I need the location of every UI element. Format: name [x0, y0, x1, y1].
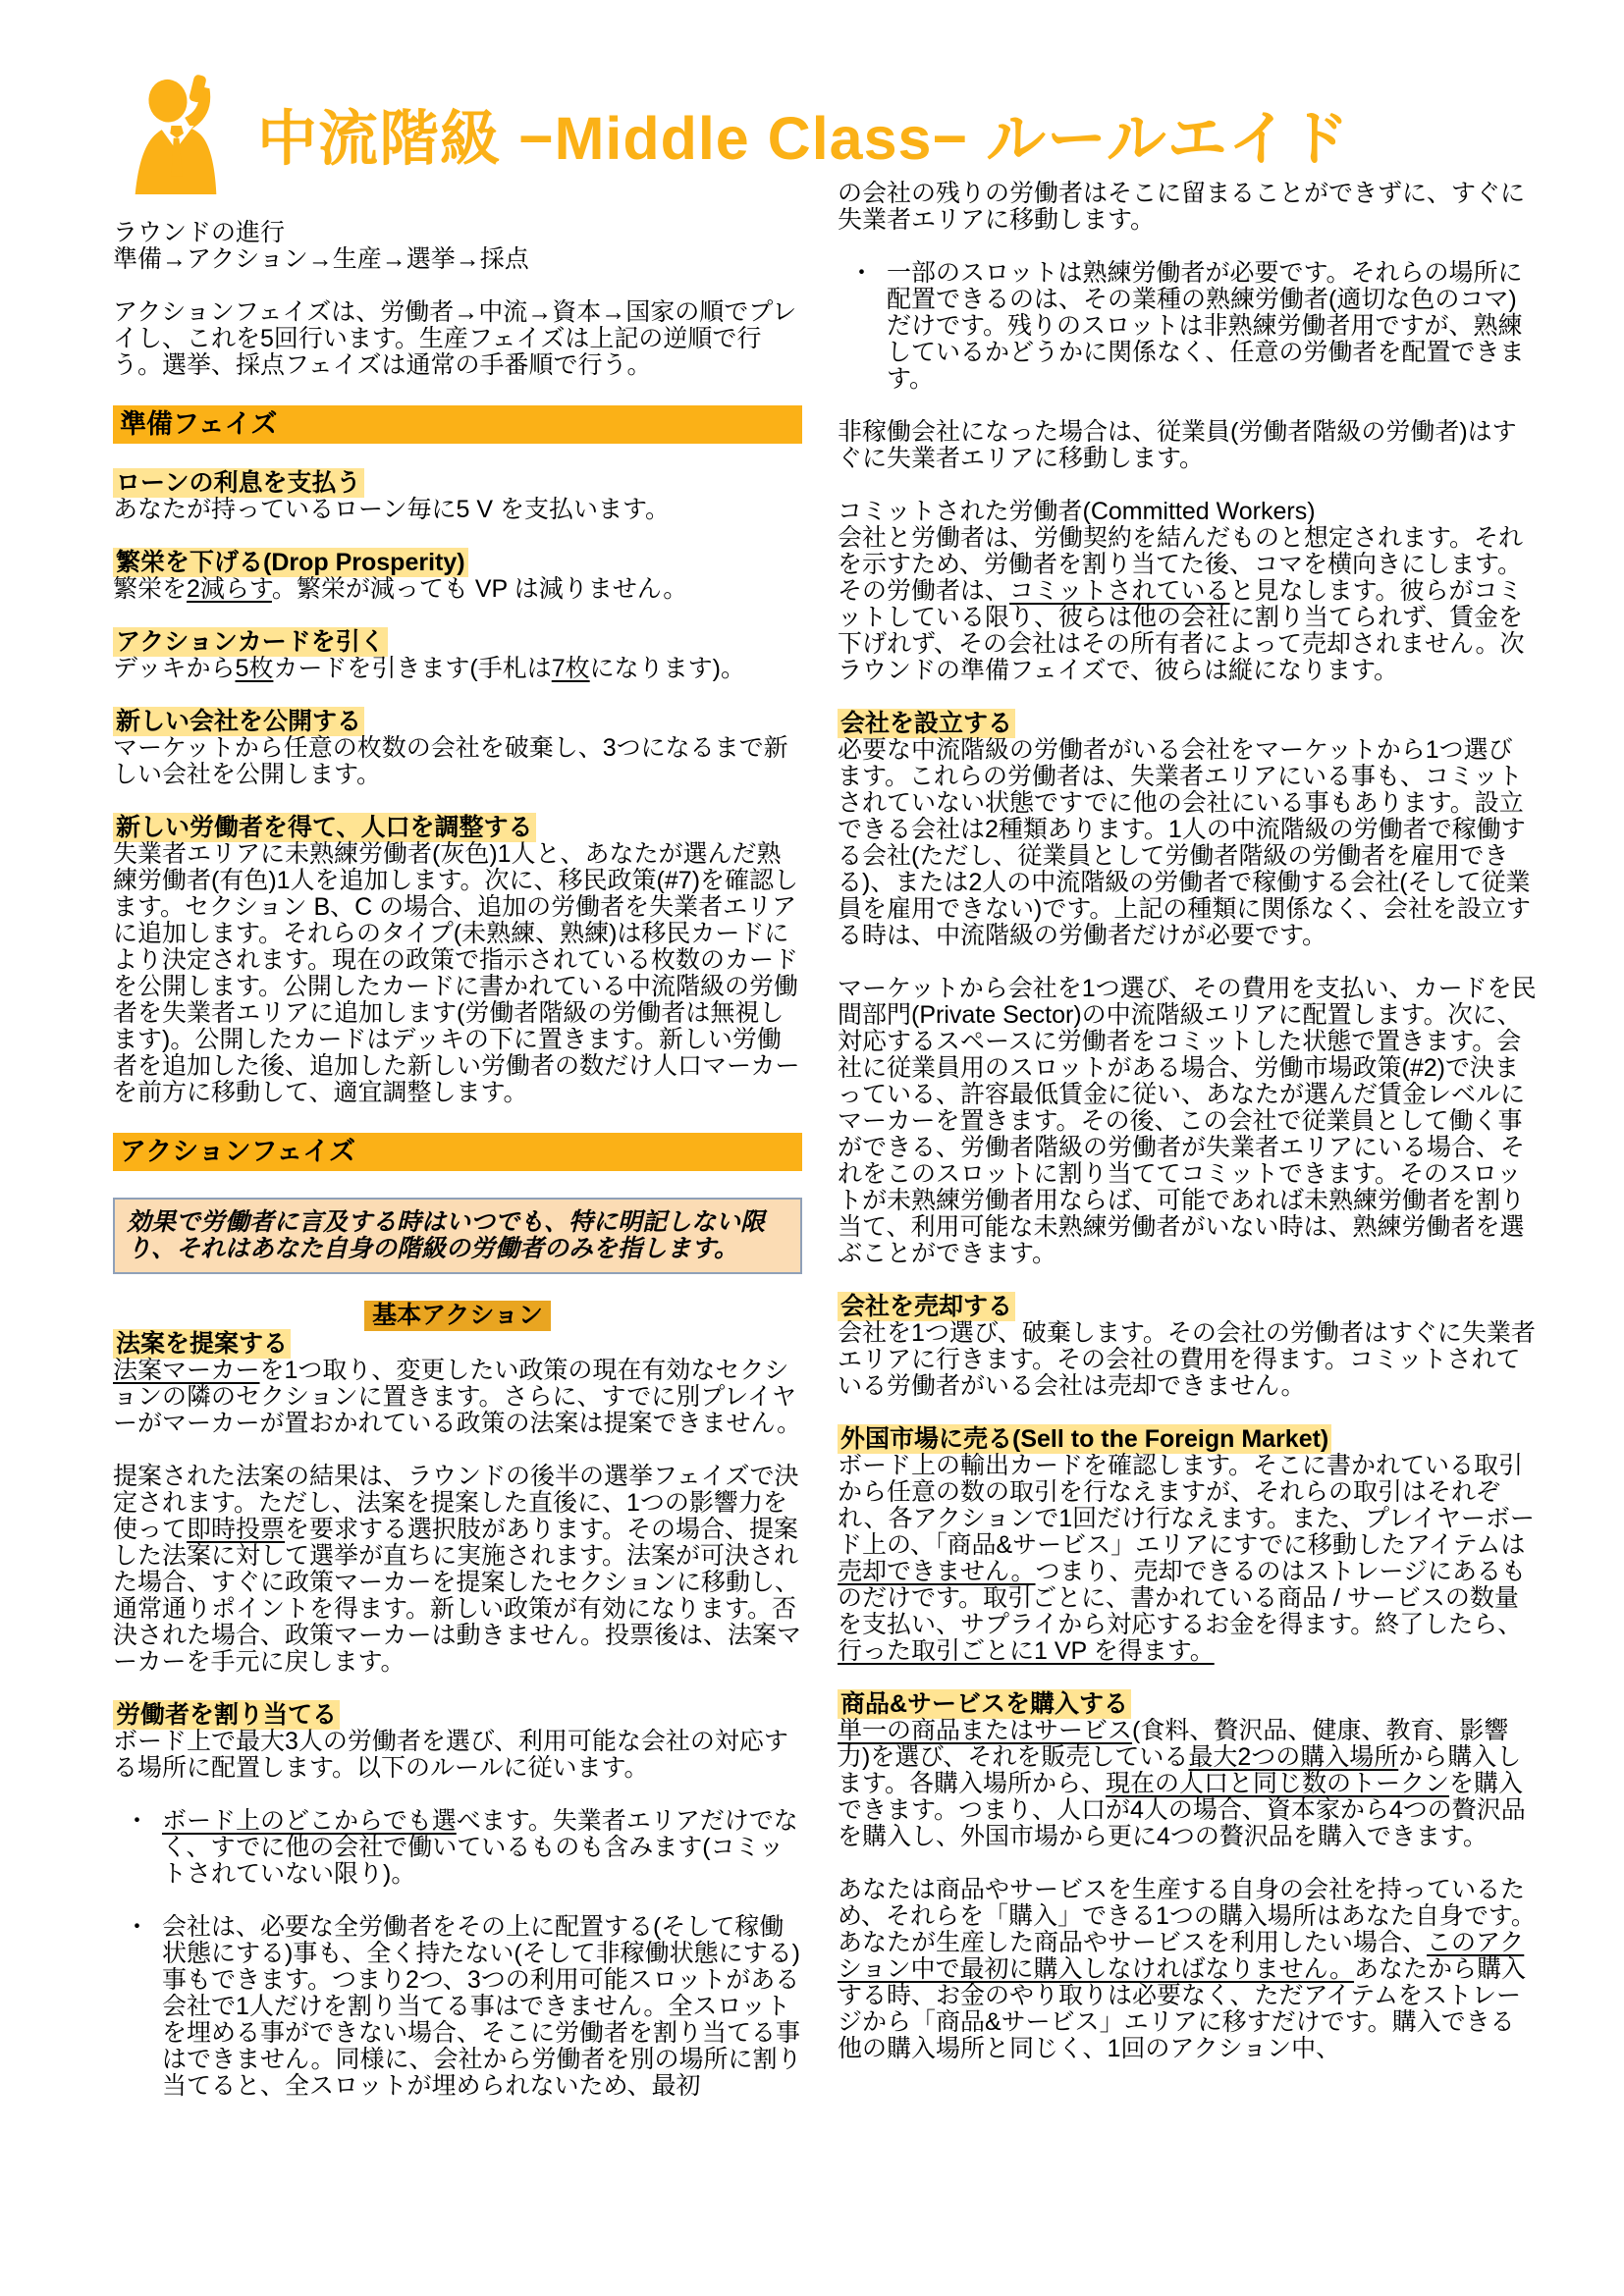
continuation-paragraph: の会社の残りの労働者はそこに留まることができずに、すぐに失業者エリアに移動します…: [838, 181, 1537, 234]
section-heading-assign-workers: 労働者を割り当てる: [113, 1700, 340, 1730]
worker-reference-note: 効果で労働者に言及する時はいつでも、特に明記しない限り、それはあなた自身の階級の…: [113, 1198, 802, 1274]
buy-goods-paragraph-2: あなたは商品やサービスを生産する自身の会社を持っているため、それらを「購入」でき…: [838, 1877, 1537, 2062]
section-body-buy-goods: 単一の商品またはサービス(食料、贅沢品、健康、教育、影響力)を選び、それを販売し…: [838, 1718, 1537, 1850]
section-heading-buy-goods: 商品&サービスを購入する: [838, 1689, 1131, 1719]
section-body-pay-loan: あなたが持っているローン毎に5 V を支払います。: [113, 497, 802, 523]
section-heading-pay-loan: ローンの利息を支払う: [113, 468, 364, 498]
section-heading-propose-bill: 法案を提案する: [113, 1329, 291, 1359]
section-heading-new-workers: 新しい労働者を得て、人口を調整する: [113, 813, 536, 842]
section-drop-prosperity: 繁栄を下げる(Drop Prosperity) 繁栄を2減らす。繁栄が減っても …: [113, 550, 802, 603]
round-progress-title: ラウンドの進行: [113, 220, 802, 246]
inactive-company-paragraph: 非稼働会社になった場合は、従業員(労働者階級の労働者)はすぐに失業者エリアに移動…: [838, 419, 1537, 472]
establish-company-paragraph-2: マーケットから会社を1つ選び、その費用を支払い、カードを民間部門(Private…: [838, 976, 1537, 1267]
left-column: ラウンドの進行 準備→アクション→生産→選挙→採点 アクションフェイズは、労働者…: [113, 220, 802, 2126]
section-foreign-market: 外国市場に売る(Sell to the Foreign Market) ボード上…: [838, 1426, 1537, 1665]
section-heading-drop-prosperity: 繁栄を下げる(Drop Prosperity): [113, 548, 468, 577]
section-heading-draw-cards: アクションカードを引く: [113, 627, 388, 657]
bullet-all-or-none-text: 会社は、必要な全労働者をその上に配置する(そして稼働状態にする)事も、全く持たな…: [162, 1914, 802, 2100]
section-body-committed-workers: 会社と労働者は、労働契約を結んだものと想定されます。それを示すため、労働者を割り…: [838, 525, 1537, 684]
section-committed-workers: コミットされた労働者(Committed Workers) 会社と労働者は、労働…: [838, 499, 1537, 684]
section-pay-loan: ローンの利息を支払う あなたが持っているローン毎に5 V を支払います。: [113, 470, 802, 523]
section-sell-company: 会社を売却する 会社を1つ選び、破棄します。その会社の労働者はすぐに失業者エリア…: [838, 1294, 1537, 1400]
basic-actions-label: 基本アクション: [364, 1301, 551, 1331]
bullet-dot: ・: [125, 1914, 149, 1941]
section-new-workers: 新しい労働者を得て、人口を調整する 失業者エリアに未熟練労働者(灰色)1人と、あ…: [113, 815, 802, 1106]
section-heading-establish-company: 会社を設立する: [838, 709, 1015, 738]
round-progress: ラウンドの進行 準備→アクション→生産→選挙→採点: [113, 220, 802, 273]
section-heading-sell-company: 会社を売却する: [838, 1292, 1015, 1321]
bullet-choose-anywhere: ・ ボード上のどこからでも選べます。失業者エリアだけでなく、すでに他の会社で働い…: [113, 1808, 802, 1888]
bullet-all-or-none: ・ 会社は、必要な全労働者をその上に配置する(そして稼働状態にする)事も、全く持…: [113, 1914, 802, 2100]
section-body-foreign-market: ボード上の輸出カードを確認します。そこに書かれている取引から任意の数の取引を行な…: [838, 1453, 1537, 1665]
section-body-assign-workers: ボード上で最大3人の労働者を選び、利用可能な会社の対応する場所に配置します。以下…: [113, 1729, 802, 1782]
bullet-skilled-slots: ・ 一部のスロットは熟練労働者が必要です。それらの場所に配置できるのは、その業種…: [838, 260, 1537, 393]
phase-bar-preparation: 準備フェイズ: [113, 405, 802, 444]
rules-aid-page: 中流階級 −Middle Class− ルールエイド ラウンドの進行 準備→アク…: [0, 0, 1624, 2296]
intro-paragraph: アクションフェイズは、労働者→中流→資本→国家の順でプレイし、これを5回行います…: [113, 299, 802, 379]
bill-result-paragraph: 提案された法案の結果は、ラウンドの後半の選挙フェイズで決定されます。ただし、法案…: [113, 1464, 802, 1676]
section-propose-bill: 法案を提案する 法案マーカーを1つ取り、変更したい政策の現在有効なセクションの隣…: [113, 1331, 802, 1437]
section-establish-company: 会社を設立する 必要な中流階級の労働者がいる会社をマーケットから1つ選びます。こ…: [838, 711, 1537, 949]
bullet-choose-anywhere-text: ボード上のどこからでも選べます。失業者エリアだけでなく、すでに他の会社で働いてい…: [162, 1808, 802, 1888]
right-column: の会社の残りの労働者はそこに留まることができずに、すぐに失業者エリアに移動します…: [838, 181, 1537, 2089]
bullet-skilled-slots-text: 一部のスロットは熟練労働者が必要です。それらの場所に配置できるのは、その業種の熟…: [887, 260, 1537, 393]
section-body-propose-bill: 法案マーカーを1つ取り、変更したい政策の現在有効なセクションの隣のセクションに置…: [113, 1358, 802, 1437]
section-assign-workers: 労働者を割り当てる ボード上で最大3人の労働者を選び、利用可能な会社の対応する場…: [113, 1702, 802, 1782]
bullet-dot: ・: [125, 1808, 149, 1835]
section-body-draw-cards: デッキから5枚カードを引きます(手札は7枚になります)。: [113, 656, 802, 682]
section-body-new-workers: 失業者エリアに未熟練労働者(灰色)1人と、あなたが選んだ熟練労働者(有色)1人を…: [113, 841, 802, 1106]
section-draw-cards: アクションカードを引く デッキから5枚カードを引きます(手札は7枚になります)。: [113, 629, 802, 682]
basic-actions-subheading: 基本アクション: [113, 1301, 802, 1331]
section-body-establish-company: 必要な中流階級の労働者がいる会社をマーケットから1つ選びます。これらの労働者は、…: [838, 737, 1537, 949]
businessman-icon: [116, 73, 236, 194]
section-heading-reveal-companies: 新しい会社を公開する: [113, 707, 364, 736]
section-body-drop-prosperity: 繁栄を2減らす。繁栄が減っても VP は減りません。: [113, 576, 802, 603]
section-buy-goods: 商品&サービスを購入する 単一の商品またはサービス(食料、贅沢品、健康、教育、影…: [838, 1691, 1537, 1850]
bullet-dot: ・: [849, 260, 874, 287]
section-reveal-companies: 新しい会社を公開する マーケットから任意の枚数の会社を破棄し、3つになるまで新し…: [113, 709, 802, 788]
section-body-sell-company: 会社を1つ選び、破棄します。その会社の労働者はすぐに失業者エリアに行きます。その…: [838, 1320, 1537, 1400]
section-body-reveal-companies: マーケットから任意の枚数の会社を破棄し、3つになるまで新しい会社を公開します。: [113, 735, 802, 788]
section-heading-foreign-market: 外国市場に売る(Sell to the Foreign Market): [838, 1424, 1331, 1454]
round-progress-sequence: 準備→アクション→生産→選挙→採点: [113, 246, 802, 273]
page-title: 中流階級 −Middle Class− ルールエイド: [257, 91, 1350, 177]
phase-bar-action: アクションフェイズ: [113, 1133, 802, 1171]
section-heading-committed-workers: コミットされた労働者(Committed Workers): [838, 499, 1537, 525]
page-header: 中流階級 −Middle Class− ルールエイド: [116, 73, 1350, 194]
